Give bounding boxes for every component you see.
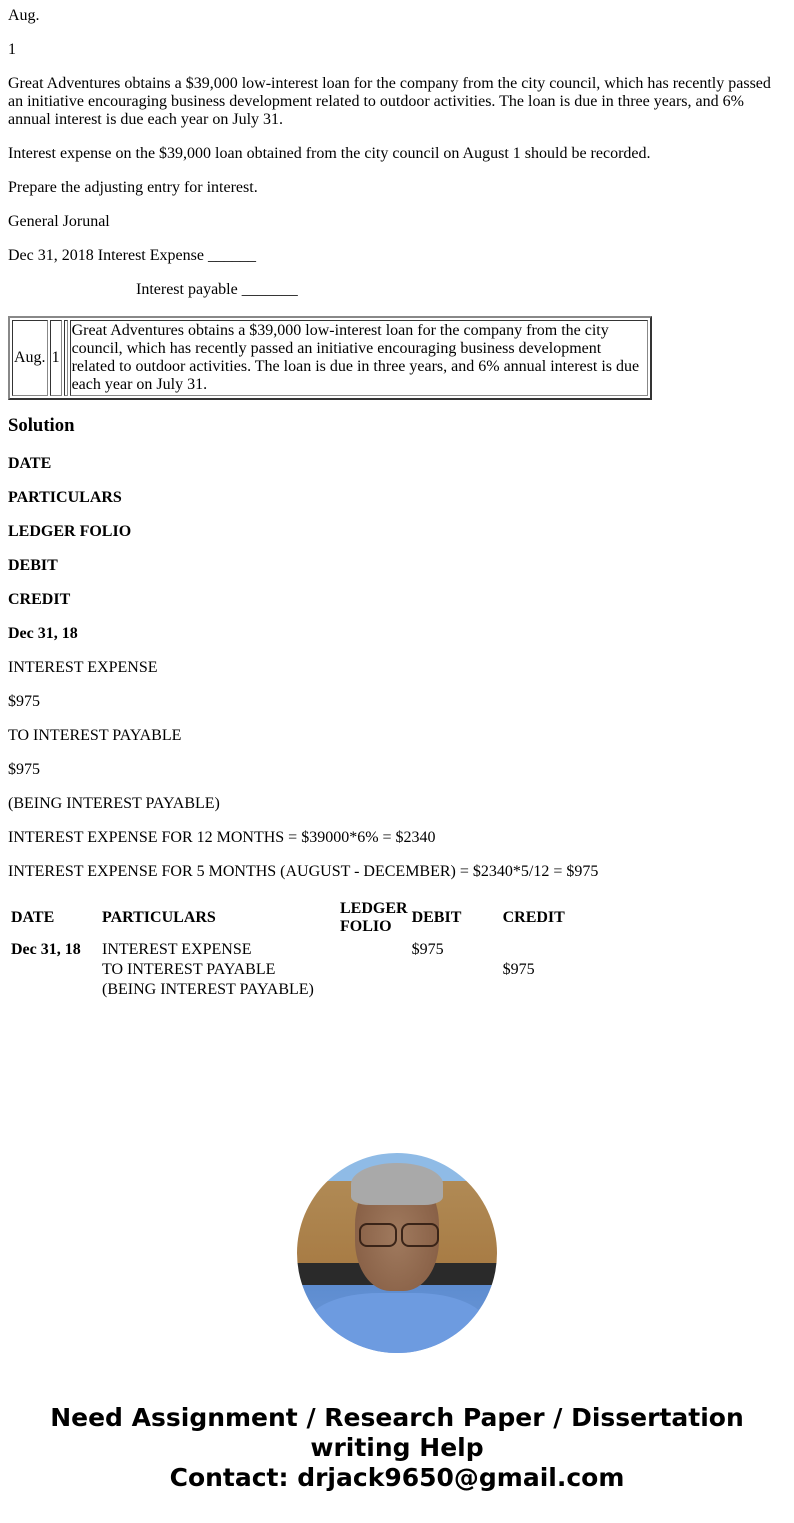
flat-header-date: DATE xyxy=(8,455,778,473)
flat-date: Dec 31, 18 xyxy=(8,625,778,643)
avatar-glasses-icon xyxy=(357,1223,437,1245)
journal-row-particulars-credit-account: TO INTEREST PAYABLE xyxy=(102,960,336,980)
promo-banner: Need Assignment / Research Paper / Disse… xyxy=(0,1403,794,1493)
journal-header-ledger-folio-line1: LEDGER xyxy=(340,900,408,917)
flat-header-debit: DEBIT xyxy=(8,557,778,575)
flat-line-debit-amount: $975 xyxy=(8,693,778,711)
avatar-shirt xyxy=(307,1293,487,1353)
calc-annual-interest: INTEREST EXPENSE FOR 12 MONTHS = $39000*… xyxy=(8,829,778,847)
question-instruction: Prepare the adjusting entry for interest… xyxy=(8,179,778,197)
promo-line-2: writing Help xyxy=(0,1433,794,1463)
promo-line-1: Need Assignment / Research Paper / Disse… xyxy=(0,1403,794,1433)
journal-header-date: DATE xyxy=(10,899,99,937)
flat-line-interest-expense: INTEREST EXPENSE xyxy=(8,659,778,677)
flat-header-particulars: PARTICULARS xyxy=(8,489,778,507)
author-avatar xyxy=(297,1153,497,1353)
calc-accrued-interest: INTEREST EXPENSE FOR 5 MONTHS (AUGUST - … xyxy=(8,863,778,881)
question-month: Aug. xyxy=(8,7,778,25)
journal-row-debit: $975 xyxy=(411,939,500,1001)
journal-row-particulars: INTEREST EXPENSE TO INTEREST PAYABLE (BE… xyxy=(101,939,337,1001)
journal-row: Dec 31, 18 INTEREST EXPENSE TO INTEREST … xyxy=(10,939,584,1001)
question-table-blank xyxy=(64,320,68,396)
journal-header-ledger-folio: LEDGER FOLIO xyxy=(339,899,409,937)
flat-header-ledger-folio: LEDGER FOLIO xyxy=(8,523,778,541)
journal-entry-table: DATE PARTICULARS LEDGER FOLIO DEBIT CRED… xyxy=(8,897,586,1003)
solution-heading: Solution xyxy=(8,415,74,437)
journal-row-credit: $975 xyxy=(502,939,584,1001)
flat-line-narration: (BEING INTEREST PAYABLE) xyxy=(8,795,778,813)
question-table-event: Great Adventures obtains a $39,000 low-i… xyxy=(70,320,648,396)
question-table: Aug. 1 Great Adventures obtains a $39,00… xyxy=(8,316,652,400)
journal-row-particulars-debit-account: INTEREST EXPENSE xyxy=(102,940,336,960)
question-day: 1 xyxy=(8,41,778,59)
journal-row-ledger-folio xyxy=(339,939,409,1001)
question-event: Great Adventures obtains a $39,000 low-i… xyxy=(8,75,778,129)
flat-header-credit: CREDIT xyxy=(8,591,778,609)
journal-header-particulars: PARTICULARS xyxy=(101,899,337,937)
question-table-day: 1 xyxy=(50,320,62,396)
avatar-hair xyxy=(351,1163,443,1205)
question-task: Interest expense on the $39,000 loan obt… xyxy=(8,145,778,163)
entry-line-interest-expense: Dec 31, 2018 Interest Expense ______ xyxy=(8,247,778,265)
journal-header-row: DATE PARTICULARS LEDGER FOLIO DEBIT CRED… xyxy=(10,899,584,937)
journal-row-particulars-narration: (BEING INTEREST PAYABLE) xyxy=(102,980,336,1000)
flat-line-credit-amount: $975 xyxy=(8,761,778,779)
question-table-row: Aug. 1 Great Adventures obtains a $39,00… xyxy=(12,320,648,396)
journal-row-date: Dec 31, 18 xyxy=(10,939,99,1001)
promo-contact: Contact: drjack9650@gmail.com xyxy=(0,1463,794,1493)
journal-title: General Jorunal xyxy=(8,213,778,231)
journal-row-credit-amount: $975 xyxy=(503,960,583,980)
question-table-month: Aug. xyxy=(12,320,48,396)
journal-header-debit: DEBIT xyxy=(411,899,500,937)
entry-line-interest-payable: Interest payable _______ xyxy=(8,281,778,299)
journal-header-ledger-folio-line2: FOLIO xyxy=(340,918,392,935)
journal-header-credit: CREDIT xyxy=(502,899,584,937)
flat-line-interest-payable: TO INTEREST PAYABLE xyxy=(8,727,778,745)
